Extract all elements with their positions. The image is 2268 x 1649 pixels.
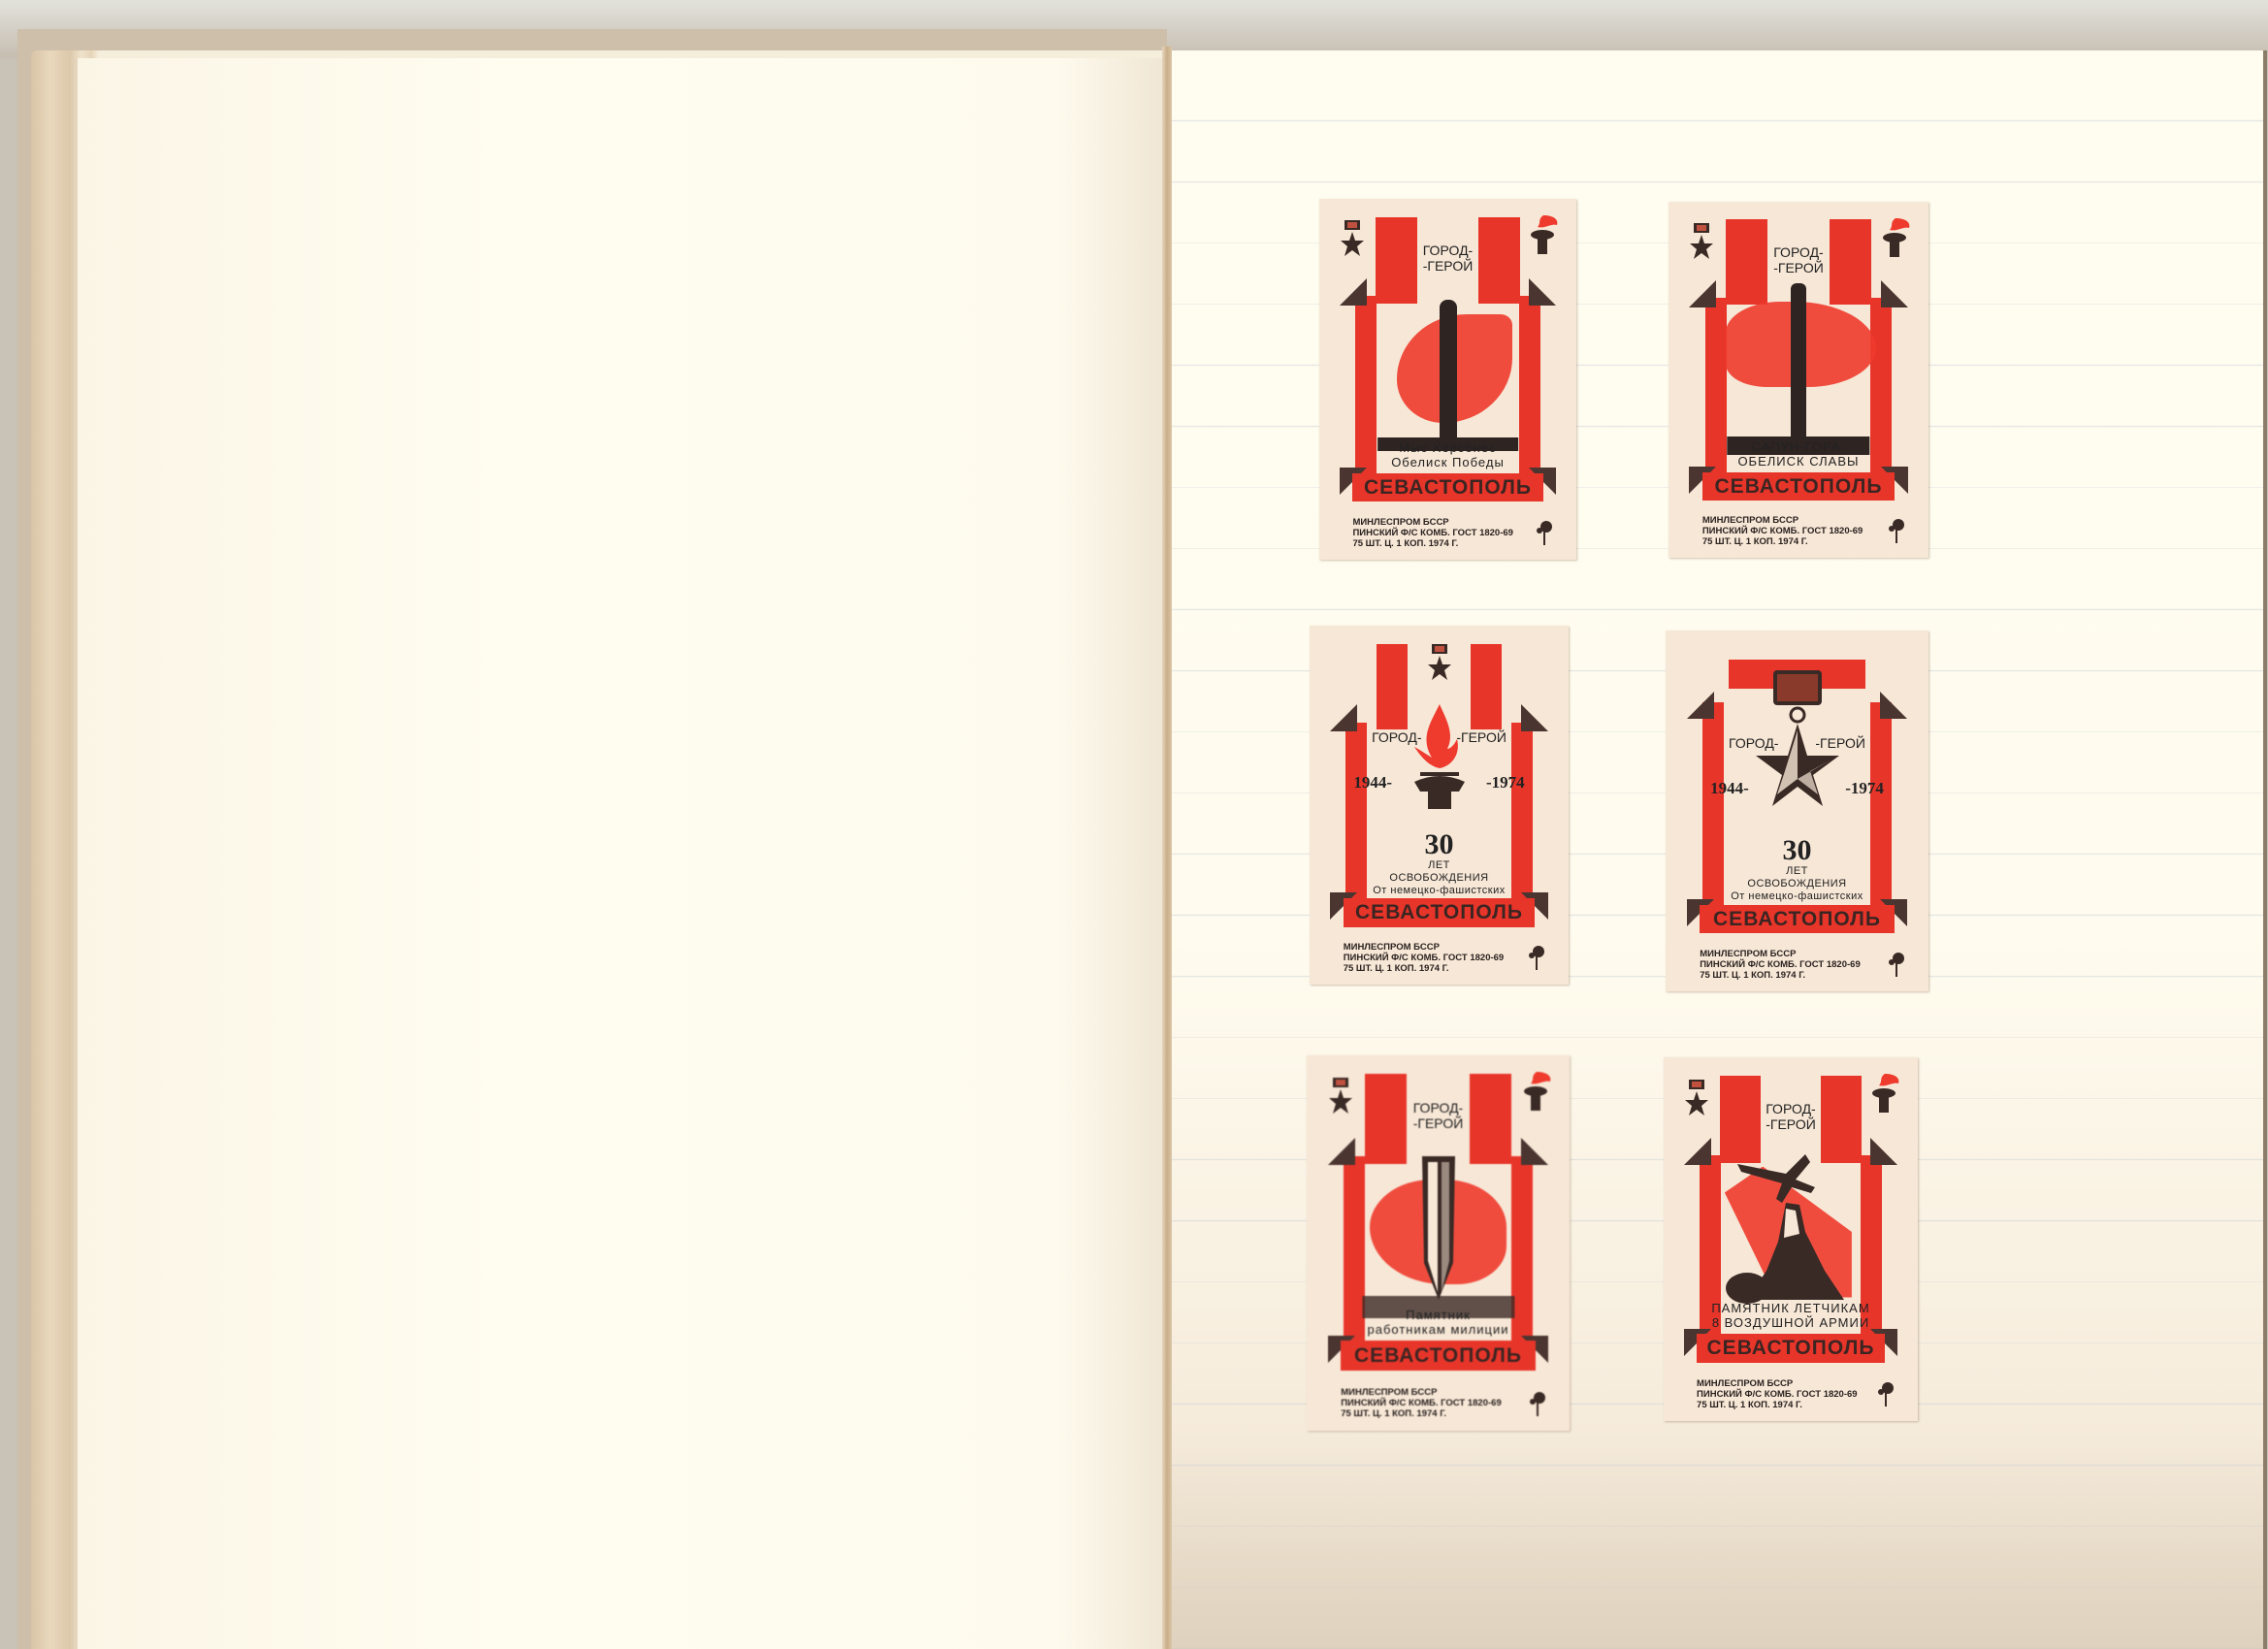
city-name: СЕВАСТОПОЛЬ [1700,905,1895,934]
ribbon-fold [1880,692,1907,719]
ribbon-fold [1529,278,1556,306]
city-name: СЕВАСТОПОЛЬ [1702,472,1895,501]
imprint-line: МИНЛЕСПРОМ БССР [1700,949,1861,959]
imprint-line: ПИНСКИЙ Ф/С КОМБ. ГОСТ 1820-69 [1341,1398,1502,1408]
hero-city-title: ГОРОД- -ГЕРОЙ [1319,242,1576,274]
obelisk-icon [1440,300,1457,444]
ribbon-fold [1689,280,1716,307]
matchbox-label-3: ГОРОД- -ГЕРОЙ 1944- -1974 30 ЛЕТ ОСВОБОЖ… [1310,626,1569,985]
hero-city-title: ГОРОД- -ГЕРОЙ [1310,729,1569,745]
hero-city-left: ГОРОД- [1729,735,1778,751]
hero-city-title: ГОРОД- -ГЕРОЙ [1307,1100,1570,1131]
city-name: СЕВАСТОПОЛЬ [1352,473,1542,502]
tree-icon [1528,945,1545,970]
imprint-line: МИНЛЕСПРОМ БССР [1352,517,1513,528]
imprint-line: ПИНСКИЙ Ф/С КОМБ. ГОСТ 1820-69 [1344,953,1505,963]
matchbox-label-1: ГОРОД- -ГЕРОЙ Мыс Херсонес Обелиск Побед… [1319,199,1576,560]
year-end: -1974 [1845,779,1884,798]
ribbon-fold [1328,1138,1355,1165]
imprint-line: 75 ШТ. Ц. 1 КОП. 1974 Г. [1352,538,1513,549]
imprint-line: 75 ШТ. Ц. 1 КОП. 1974 Г. [1702,536,1863,547]
manufacturer-imprint: МИНЛЕСПРОМ БССР ПИНСКИЙ Ф/С КОМБ. ГОСТ 1… [1702,515,1863,547]
hero-star-icon [1427,644,1452,683]
ribbon-frame [1471,644,1502,730]
years-range: 1944- -1974 [1666,779,1928,798]
imprint-line: 75 ШТ. Ц. 1 КОП. 1974 Г. [1700,970,1861,981]
eternal-flame-icon [1410,704,1469,811]
ribbon-fold [1870,1138,1897,1165]
manufacturer-imprint: МИНЛЕСПРОМ БССР ПИНСКИЙ Ф/С КОМБ. ГОСТ 1… [1341,1387,1502,1419]
hero-city-right: -ГЕРОЙ [1815,735,1865,751]
left-page-blank [76,58,1164,1649]
airplane-monument-icon [1718,1145,1863,1309]
city-name: СЕВАСТОПОЛЬ [1344,898,1536,927]
tree-icon [1888,518,1905,543]
year-start: 1944- [1353,773,1392,792]
hero-city-title: ГОРОД- -ГЕРОЙ [1666,735,1928,751]
city-name: СЕВАСТОПОЛЬ [1697,1334,1885,1363]
imprint-line: МИНЛЕСПРОМ БССР [1344,942,1505,953]
imprint-line: ПИНСКИЙ Ф/С КОМБ. ГОСТ 1820-69 [1702,526,1863,536]
manufacturer-imprint: МИНЛЕСПРОМ БССР ПИНСКИЙ Ф/С КОМБ. ГОСТ 1… [1700,949,1861,981]
matchbox-label-5: ГОРОД- -ГЕРОЙ Памятник работникам милици… [1307,1055,1570,1431]
hero-city-left: ГОРОД- [1372,729,1421,745]
year-start: 1944- [1710,779,1749,798]
label-caption: Мыс Херсонес Обелиск Победы [1319,440,1576,469]
year-end: -1974 [1486,773,1525,792]
manufacturer-imprint: МИНЛЕСПРОМ БССР ПИНСКИЙ Ф/С КОМБ. ГОСТ 1… [1344,942,1505,974]
imprint-line: ПИНСКИЙ Ф/С КОМБ. ГОСТ 1820-69 [1697,1389,1858,1400]
ribbon-fold [1521,1138,1548,1165]
ribbon-fold [1340,278,1367,306]
imprint-line: ПИНСКИЙ Ф/С КОМБ. ГОСТ 1820-69 [1700,959,1861,970]
matchbox-label-2: ГОРОД- -ГЕРОЙ САПУН-ГОРА. ОБЕЛИСК СЛАВЫ … [1669,202,1928,558]
label-caption: Памятник работникам милиции [1307,1308,1570,1337]
tree-icon [1877,1381,1895,1406]
manufacturer-imprint: МИНЛЕСПРОМ БССР ПИНСКИЙ Ф/С КОМБ. ГОСТ 1… [1352,517,1513,549]
ribbon-fold [1881,280,1908,307]
anniversary-number: 30 [1310,830,1569,859]
obelisk-icon [1791,283,1806,443]
imprint-line: МИНЛЕСПРОМ БССР [1702,515,1863,526]
tree-icon [1888,952,1905,977]
imprint-line: МИНЛЕСПРОМ БССР [1341,1387,1502,1398]
imprint-line: МИНЛЕСПРОМ БССР [1697,1378,1858,1389]
ribbon-fold [1684,1138,1711,1165]
anniversary-block: 30 ЛЕТ ОСВОБОЖДЕНИЯ От немецко-фашистски… [1666,836,1928,916]
imprint-line: 75 ШТ. Ц. 1 КОП. 1974 Г. [1344,963,1505,974]
hero-city-right: -ГЕРОЙ [1456,729,1507,745]
ribbon-fold [1330,704,1357,731]
label-caption: САПУН-ГОРА. ОБЕЛИСК СЛАВЫ [1669,439,1928,469]
ribbon-frame [1377,644,1408,730]
ribbon-fold [1521,704,1548,731]
hero-city-title: ГОРОД- -ГЕРОЙ [1669,244,1928,275]
manufacturer-imprint: МИНЛЕСПРОМ БССР ПИНСКИЙ Ф/С КОМБ. ГОСТ 1… [1697,1378,1858,1410]
anniversary-number: 30 [1666,836,1928,865]
tree-icon [1536,520,1553,545]
years-range: 1944- -1974 [1310,773,1569,792]
label-caption: ПАМЯТНИК ЛЕТЧИКАМ 8 ВОЗДУШНОЙ АРМИИ [1664,1301,1918,1330]
ribbon-fold [1687,692,1714,719]
matchbox-label-4: ГОРОД- -ГЕРОЙ 1944- -1974 30 ЛЕТ ОСВОБОЖ… [1666,630,1928,991]
imprint-line: ПИНСКИЙ Ф/С КОМБ. ГОСТ 1820-69 [1352,528,1513,538]
tree-icon [1529,1391,1546,1416]
sword-monument-icon [1414,1156,1463,1302]
imprint-line: 75 ШТ. Ц. 1 КОП. 1974 Г. [1697,1400,1858,1410]
matchbox-label-6: ГОРОД- -ГЕРОЙ ПАМЯТНИК ЛЕТЧИКАМ 8 ВОЗДУШ… [1664,1057,1918,1421]
imprint-line: 75 ШТ. Ц. 1 КОП. 1974 Г. [1341,1408,1502,1419]
album-spine [1162,47,1172,1649]
hero-city-title: ГОРОД- -ГЕРОЙ [1664,1101,1918,1132]
city-name: СЕВАСТОПОЛЬ [1341,1341,1536,1371]
